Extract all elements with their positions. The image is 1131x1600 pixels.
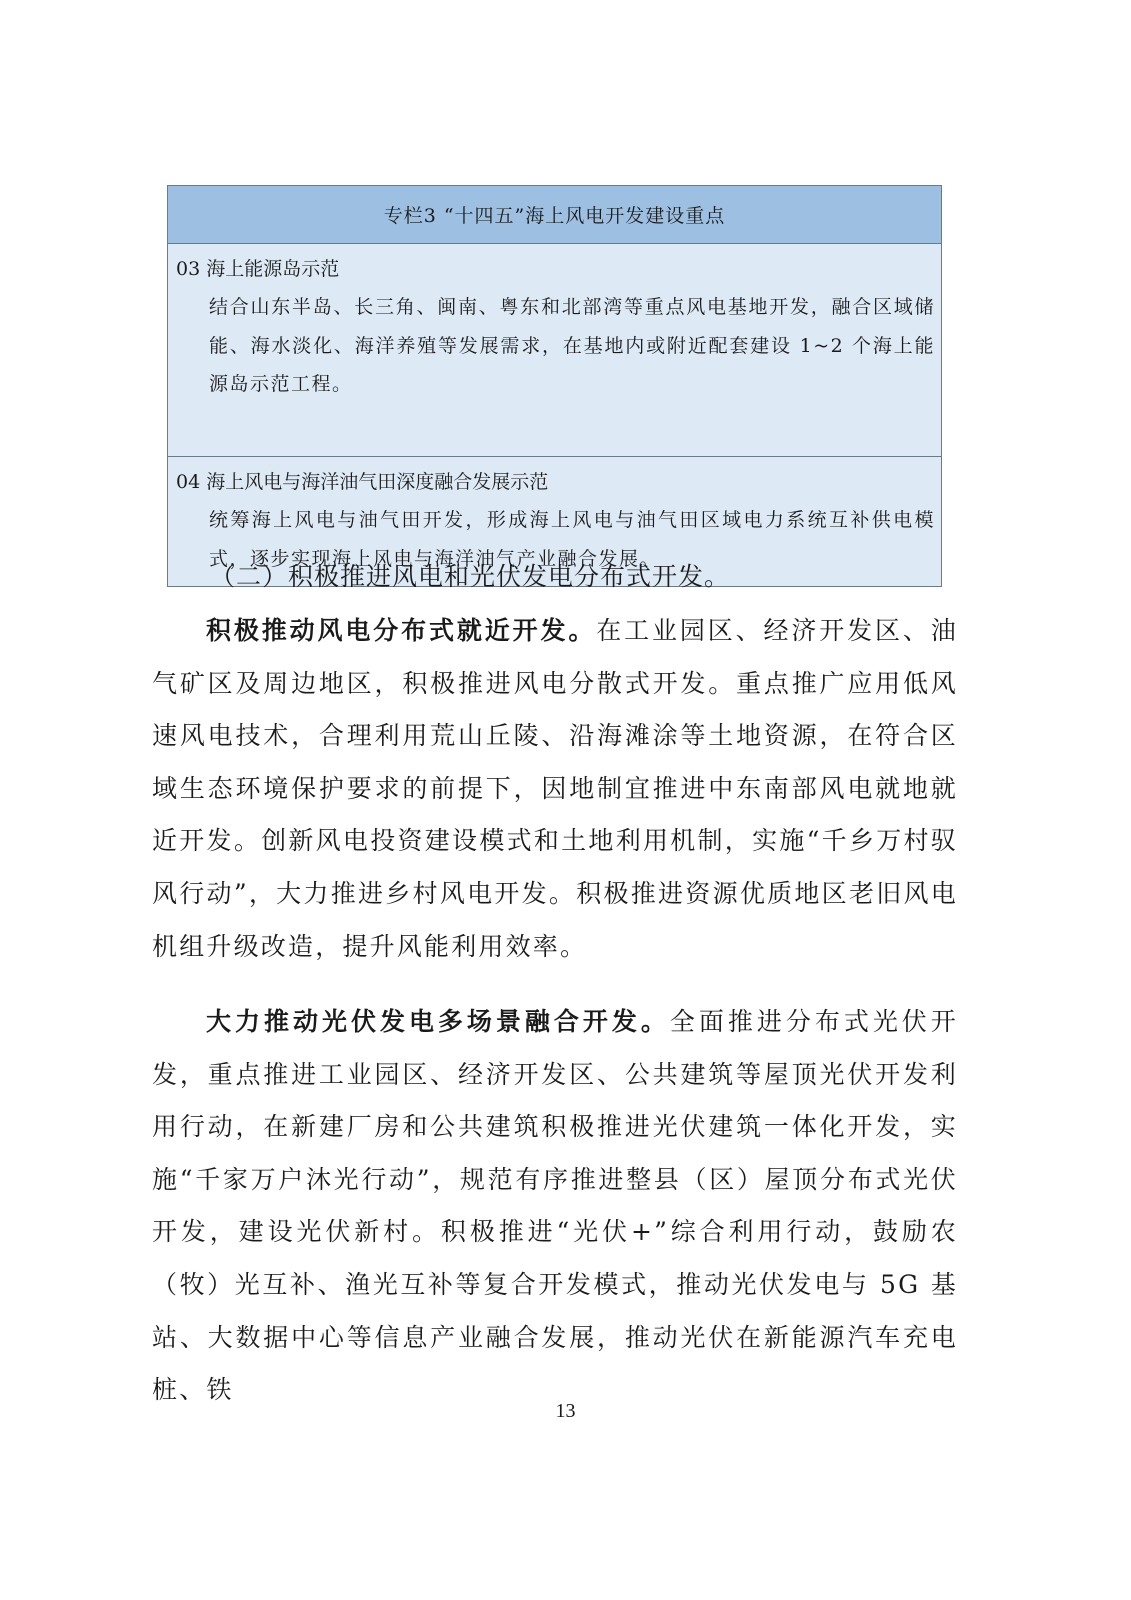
paragraph-lead: 积极推动风电分布式就近开发。: [206, 616, 596, 645]
column-section-03: 03 海上能源岛示范 结合山东半岛、长三角、闽南、粤东和北部湾等重点风电基地开发…: [168, 244, 941, 456]
section-body: 结合山东半岛、长三角、闽南、粤东和北部湾等重点风电基地开发，融合区域储能、海水淡…: [176, 288, 935, 404]
column-box-title: 专栏3 “十四五”海上风电开发建设重点: [168, 186, 941, 244]
paragraph-text: 在工业园区、经济开发区、油气矿区及周边地区，积极推进风电分散式开发。重点推广应用…: [152, 616, 958, 961]
column-box: 专栏3 “十四五”海上风电开发建设重点 03 海上能源岛示范 结合山东半岛、长三…: [167, 185, 942, 587]
page-number: 13: [0, 1400, 1131, 1423]
paragraph-lead: 大力推动光伏发电多场景融合开发。: [206, 1007, 670, 1036]
paragraph-wind: 积极推动风电分布式就近开发。在工业园区、经济开发区、油气矿区及周边地区，积极推进…: [152, 605, 958, 973]
paragraph-text: 全面推进分布式光伏开发，重点推进工业园区、经济开发区、公共建筑等屋顶光伏开发利用…: [152, 1007, 958, 1404]
section-title: 03 海上能源岛示范: [176, 250, 935, 288]
paragraph-solar: 大力推动光伏发电多场景融合开发。全面推进分布式光伏开发，重点推进工业园区、经济开…: [152, 996, 958, 1417]
section-title: 04 海上风电与海洋油气田深度融合发展示范: [176, 463, 935, 501]
section-heading: （二）积极推进风电和光伏发电分布式开发。: [210, 557, 730, 593]
